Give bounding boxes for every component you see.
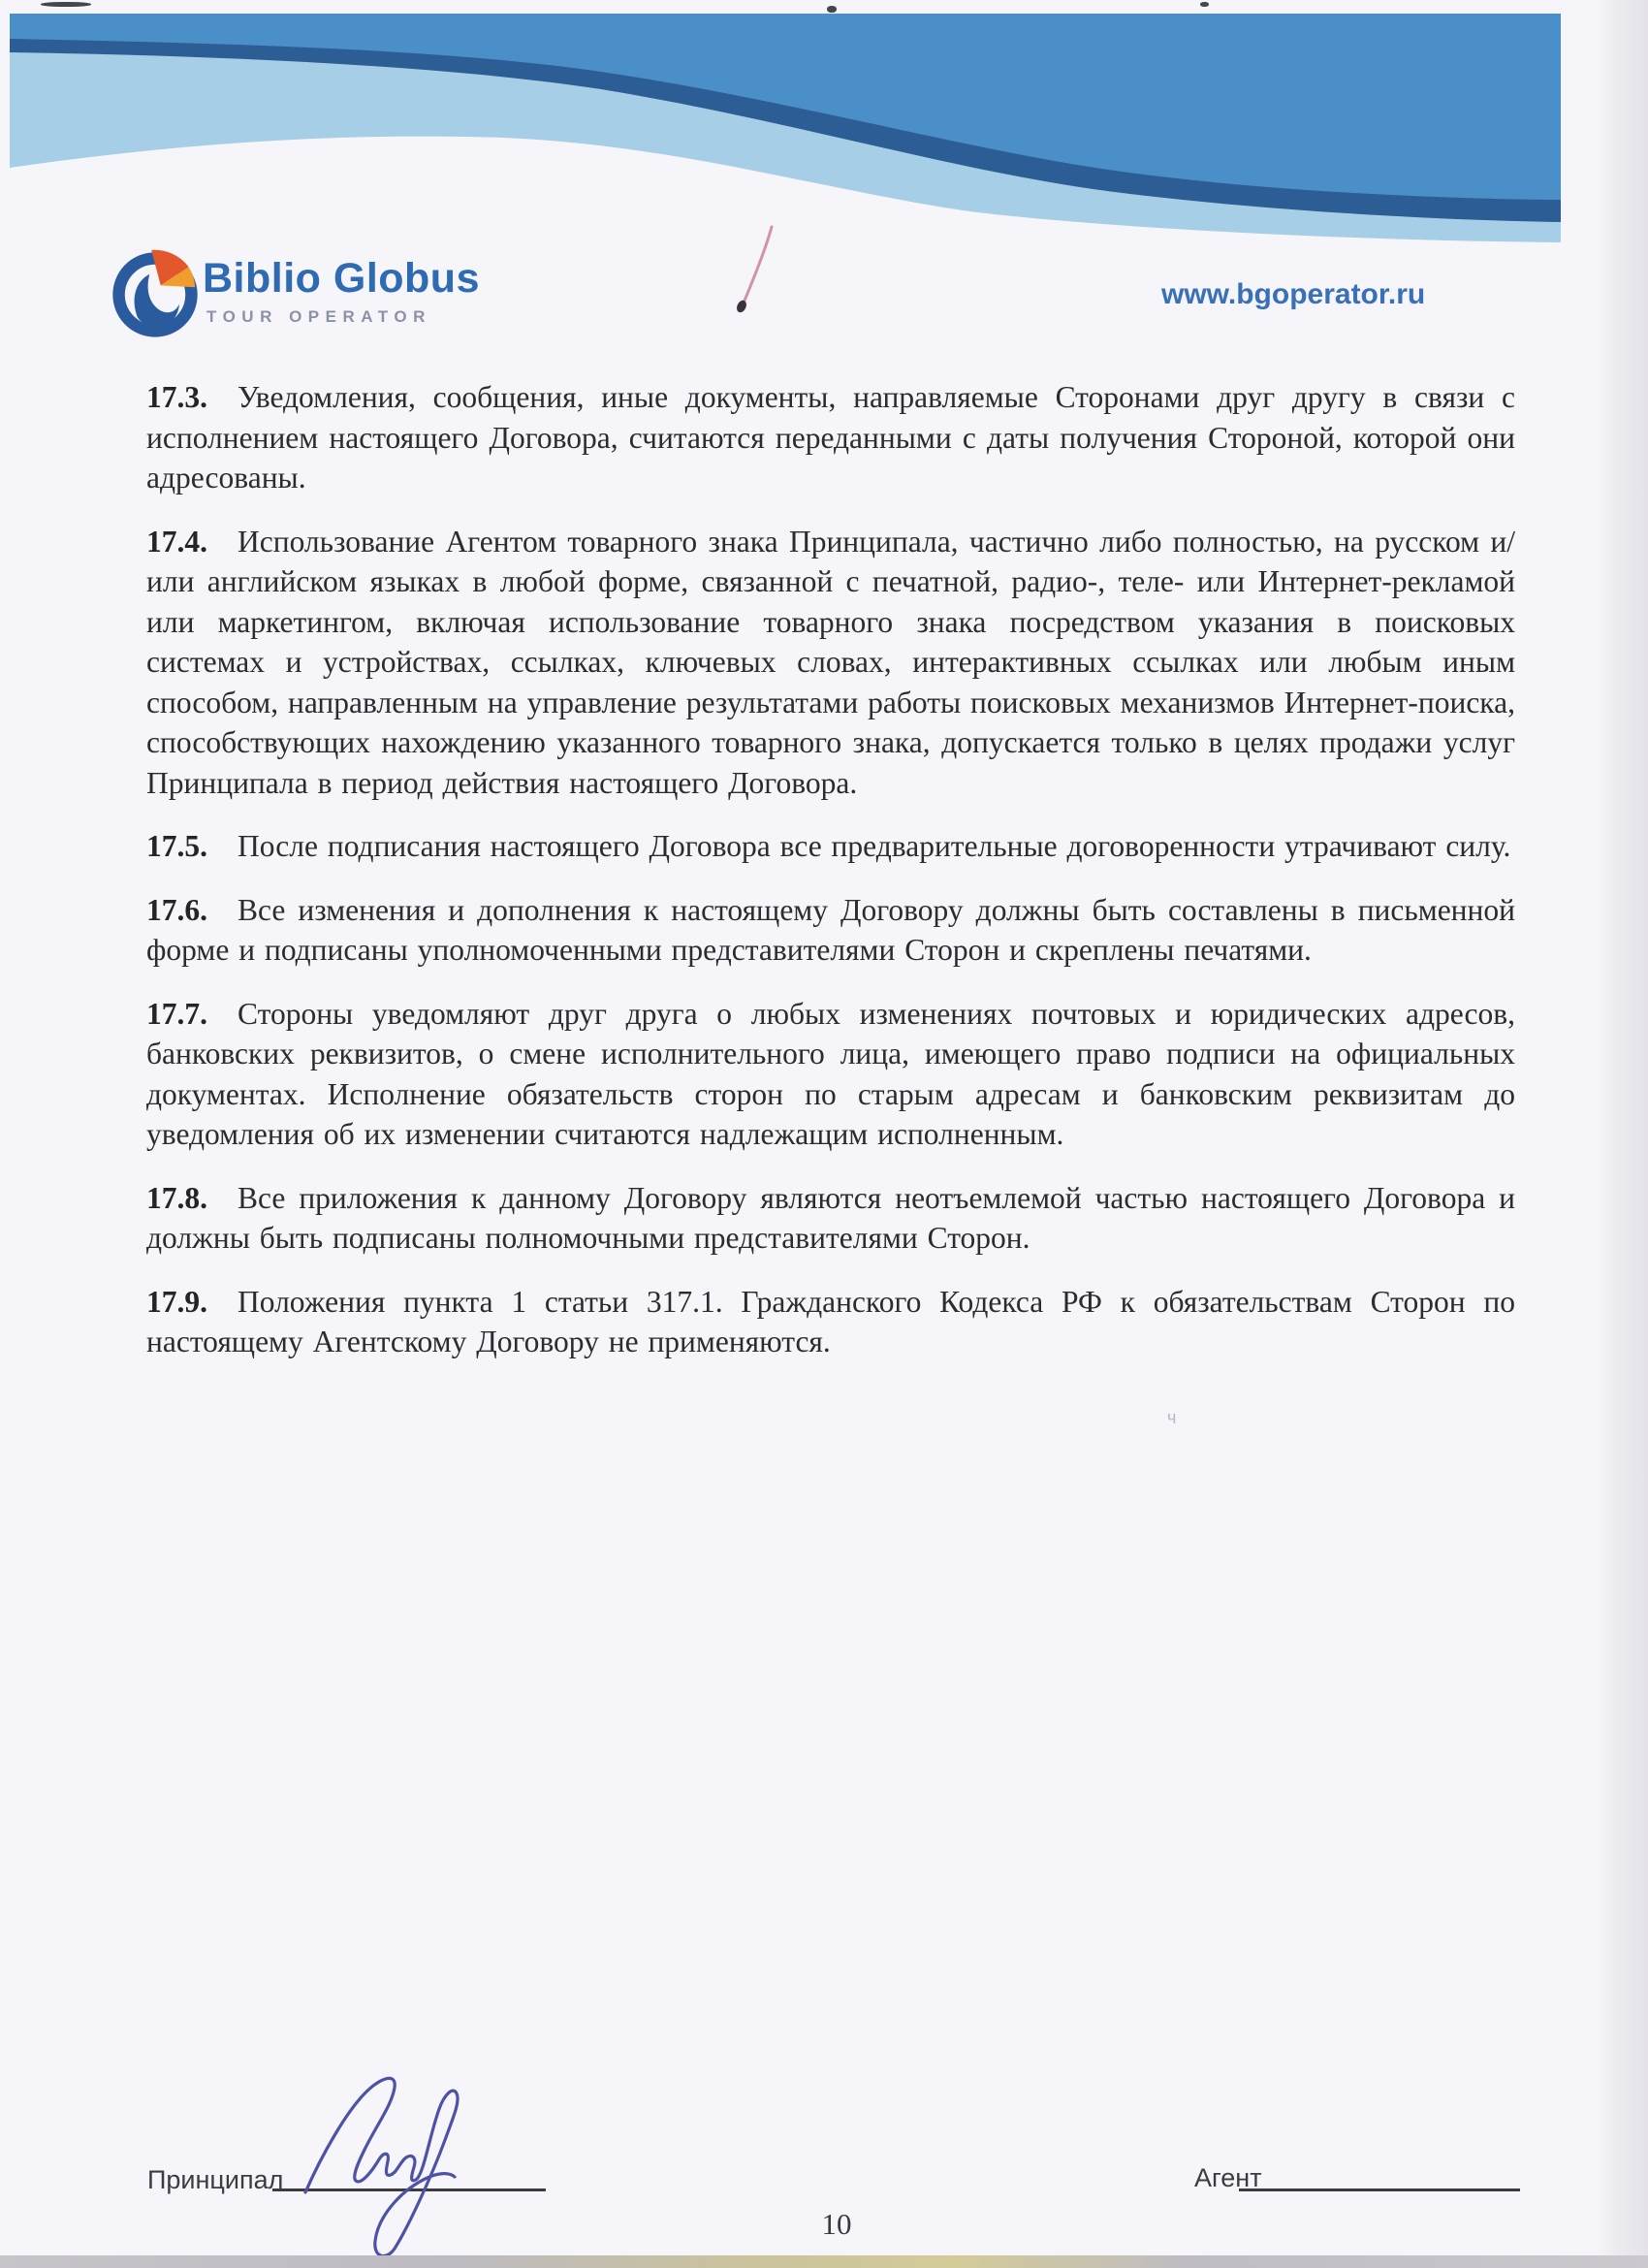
agent-signature-line bbox=[1239, 2188, 1520, 2191]
clause-number: 17.5. bbox=[146, 829, 207, 863]
clause-17-8: 17.8.Все приложения к данному Договору я… bbox=[146, 1178, 1515, 1259]
website-url: www.bgoperator.ru bbox=[1161, 278, 1425, 311]
clause-body: Использование Агентом товарного знака Пр… bbox=[146, 525, 1515, 800]
clause-17-6: 17.6.Все изменения и дополнения к настоя… bbox=[146, 890, 1515, 971]
signature-stroke bbox=[305, 2078, 458, 2255]
clause-body: Положения пункта 1 статьи 317.1. Граждан… bbox=[146, 1285, 1515, 1359]
clause-body: После подписания настоящего Договора все… bbox=[238, 829, 1510, 863]
clause-17-4: 17.4.Использование Агентом товарного зна… bbox=[146, 522, 1515, 804]
header-wave-graphic bbox=[0, 0, 1648, 252]
scan-edge-bottom bbox=[0, 2255, 1648, 2268]
clause-body: Уведомления, сообщения, иные документы, … bbox=[146, 380, 1515, 495]
principal-label: Принципал bbox=[147, 2165, 283, 2195]
pen-ink-tip bbox=[735, 299, 748, 314]
pen-stroke bbox=[745, 227, 772, 301]
scan-speck bbox=[827, 6, 837, 13]
scan-speck bbox=[41, 2, 91, 7]
clause-number: 17.9. bbox=[146, 1285, 207, 1319]
brand-name: Biblio Globus bbox=[203, 255, 480, 303]
clause-number: 17.6. bbox=[146, 893, 207, 927]
scan-edge-right bbox=[1596, 0, 1648, 2255]
clause-body: Стороны уведомляют друг друга о любых из… bbox=[146, 997, 1515, 1152]
brand-tagline: TOUR OPERATOR bbox=[206, 307, 431, 327]
page-number: 10 bbox=[808, 2207, 866, 2242]
clause-number: 17.7. bbox=[146, 997, 207, 1031]
biblio-globus-logo-icon bbox=[109, 242, 202, 343]
scanned-contract-page: Biblio Globus TOUR OPERATOR www.bgoperat… bbox=[0, 0, 1648, 2268]
principal-handwritten-signature bbox=[288, 2067, 472, 2261]
pen-stray-mark bbox=[729, 223, 779, 316]
clause-number: 17.3. bbox=[146, 380, 207, 414]
clause-17-3: 17.3.Уведомления, сообщения, иные докуме… bbox=[146, 377, 1515, 498]
scan-smudge: ч bbox=[1167, 1408, 1183, 1421]
clause-number: 17.4. bbox=[146, 525, 207, 559]
clause-17-7: 17.7.Стороны уведомляют друг друга о люб… bbox=[146, 994, 1515, 1155]
scan-speck bbox=[1200, 2, 1209, 7]
clause-number: 17.8. bbox=[146, 1181, 207, 1215]
clause-17-5: 17.5.После подписания настоящего Договор… bbox=[146, 826, 1515, 867]
clause-body: Все изменения и дополнения к настоящему … bbox=[146, 893, 1515, 968]
clause-17-9: 17.9.Положения пункта 1 статьи 317.1. Гр… bbox=[146, 1282, 1515, 1362]
clause-body: Все приложения к данному Договору являют… bbox=[146, 1181, 1515, 1256]
contract-text: 17.3.Уведомления, сообщения, иные докуме… bbox=[146, 377, 1515, 1386]
